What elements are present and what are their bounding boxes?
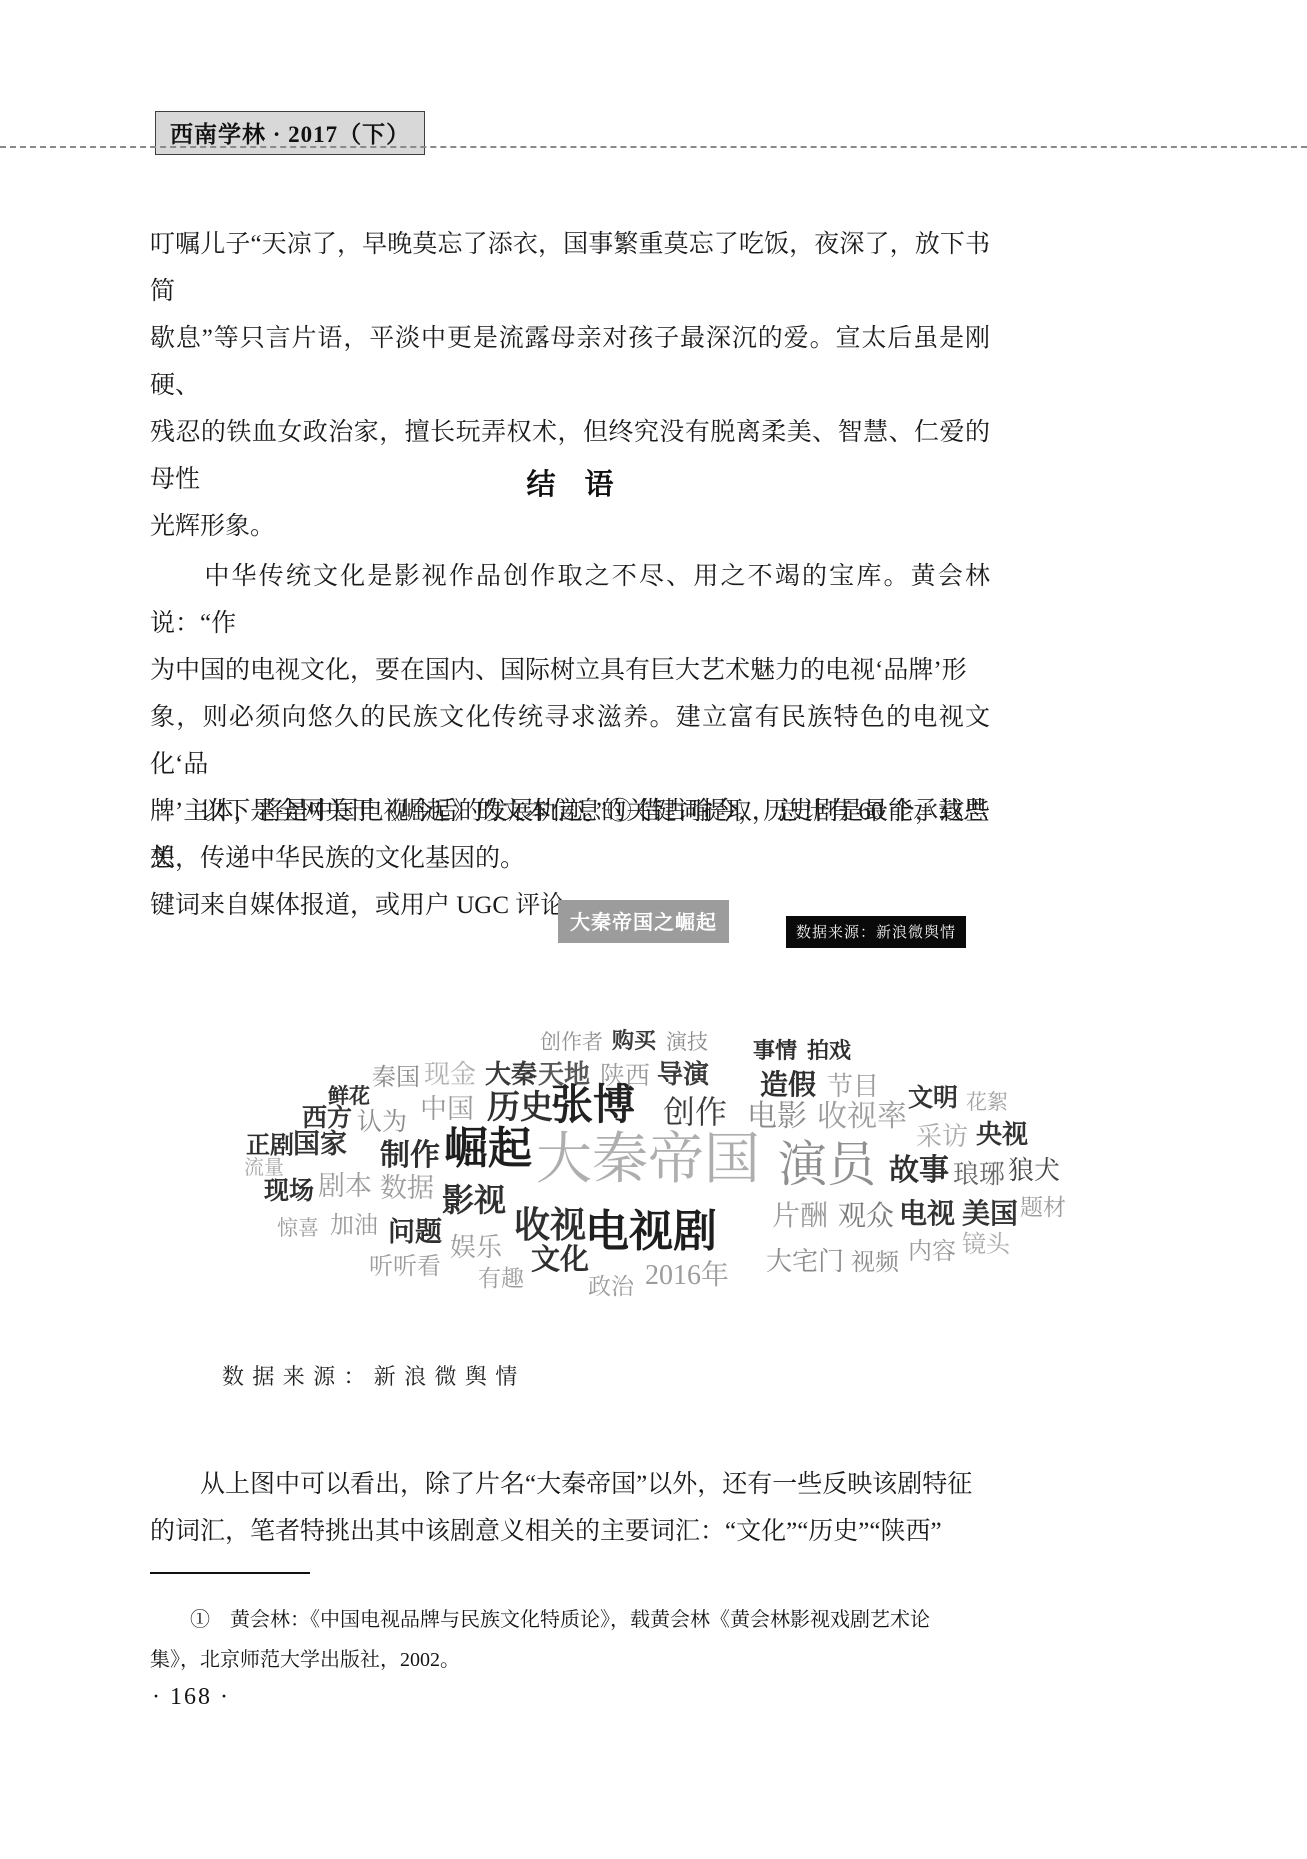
cloud-word: 天地 bbox=[538, 1062, 590, 1088]
cloud-word: 收视率 bbox=[817, 1102, 907, 1132]
cloud-word: 节目 bbox=[827, 1074, 879, 1100]
cloud-word: 历史 bbox=[487, 1092, 553, 1125]
wordcloud-source-badge: 数据来源：新浪微舆情 bbox=[786, 916, 966, 948]
cloud-word: 大秦帝国 bbox=[536, 1132, 760, 1188]
cloud-word: 鲜花 bbox=[328, 1086, 370, 1107]
cloud-word: 琅琊 bbox=[953, 1162, 1005, 1188]
figure-caption: 数据来源：新浪微舆情 bbox=[222, 1360, 526, 1391]
paragraph-4: 从上图中可以看出，除了片名“大秦帝国”以外，还有一些反映该剧特征 的词汇，笔者特… bbox=[150, 1461, 990, 1555]
cloud-word: 演技 bbox=[666, 1032, 708, 1053]
cloud-word: 有趣 bbox=[478, 1267, 524, 1290]
cloud-word: 央视 bbox=[976, 1122, 1028, 1148]
cloud-word: 听听看 bbox=[369, 1255, 441, 1279]
cloud-word: 观众 bbox=[838, 1203, 894, 1231]
cloud-word: 娱乐 bbox=[450, 1235, 502, 1261]
cloud-word: 2016年 bbox=[645, 1262, 729, 1290]
running-header-title: 西南学林 · 2017（下） bbox=[170, 122, 410, 147]
cloud-word: 演员 bbox=[778, 1140, 876, 1189]
cloud-word: 片酬 bbox=[772, 1203, 828, 1231]
cloud-word: 花絮 bbox=[966, 1092, 1008, 1113]
cloud-word: 购买 bbox=[612, 1030, 656, 1052]
page-number: · 168 · bbox=[152, 1684, 230, 1711]
cloud-word: 电视剧 bbox=[585, 1210, 717, 1254]
cloud-word: 收视 bbox=[514, 1207, 586, 1243]
cloud-word: 正剧 bbox=[246, 1134, 294, 1158]
cloud-word: 拍戏 bbox=[807, 1040, 851, 1062]
cloud-word: 内容 bbox=[908, 1240, 956, 1264]
cloud-word: 制作 bbox=[380, 1141, 440, 1171]
cloud-word: 镜头 bbox=[962, 1233, 1010, 1257]
cloud-word: 美国 bbox=[962, 1201, 1018, 1229]
cloud-word: 狼犬 bbox=[1008, 1158, 1060, 1184]
cloud-word: 崛起 bbox=[444, 1127, 532, 1171]
cloud-word: 电视 bbox=[899, 1201, 955, 1229]
cloud-word: 流量 bbox=[244, 1158, 284, 1178]
cloud-word: 故事 bbox=[889, 1156, 949, 1186]
cloud-word: 文化 bbox=[531, 1246, 589, 1275]
cloud-word: 问题 bbox=[388, 1219, 442, 1246]
cloud-word: 现场 bbox=[264, 1179, 314, 1204]
cloud-word: 中国 bbox=[420, 1096, 474, 1123]
footnote-separator bbox=[150, 1572, 310, 1574]
cloud-word: 视频 bbox=[851, 1251, 899, 1275]
running-header: 西南学林 · 2017（下） bbox=[155, 111, 425, 155]
cloud-word: 创作者 bbox=[540, 1032, 603, 1053]
cloud-word: 认为 bbox=[357, 1110, 407, 1135]
section-heading: 结 语 bbox=[150, 462, 990, 503]
cloud-word: 张博 bbox=[551, 1085, 635, 1127]
cloud-word: 西方 bbox=[302, 1106, 352, 1131]
book-page: 西南学林 · 2017（下） 叮嘱儿子“天凉了，早晚莫忘了添衣，国事繁重莫忘了吃… bbox=[0, 0, 1307, 1859]
cloud-word: 事情 bbox=[753, 1040, 797, 1062]
cloud-word: 惊喜 bbox=[277, 1218, 319, 1239]
cloud-word: 加油 bbox=[330, 1214, 378, 1238]
wordcloud-title-chip: 大秦帝国之崛起 bbox=[558, 900, 729, 943]
cloud-word: 陕西 bbox=[600, 1064, 650, 1089]
cloud-word: 采访 bbox=[916, 1124, 968, 1150]
cloud-word: 创作 bbox=[663, 1096, 727, 1128]
cloud-word: 造假 bbox=[760, 1072, 816, 1100]
cloud-word: 导演 bbox=[657, 1062, 709, 1088]
cloud-word: 政治 bbox=[588, 1275, 634, 1298]
cloud-word: 数据 bbox=[380, 1175, 434, 1202]
footnote: ① 黄会林：《中国电视品牌与民族文化特质论》，载黄会林《黄会林影视戏剧艺术论 集… bbox=[150, 1600, 1005, 1680]
cloud-word: 剧本 bbox=[318, 1173, 372, 1200]
cloud-word: 文明 bbox=[908, 1086, 958, 1111]
cloud-word: 电影 bbox=[747, 1102, 807, 1132]
cloud-word: 大宅门 bbox=[766, 1249, 844, 1275]
cloud-word: 题材 bbox=[1020, 1196, 1066, 1219]
cloud-word: 现金 bbox=[424, 1062, 476, 1088]
cloud-word: 秦国 bbox=[372, 1066, 420, 1090]
cloud-word: 影视 bbox=[442, 1184, 506, 1216]
cloud-word: 大秦 bbox=[485, 1062, 537, 1088]
header-divider bbox=[0, 146, 1307, 148]
cloud-word: 国家 bbox=[293, 1131, 347, 1158]
